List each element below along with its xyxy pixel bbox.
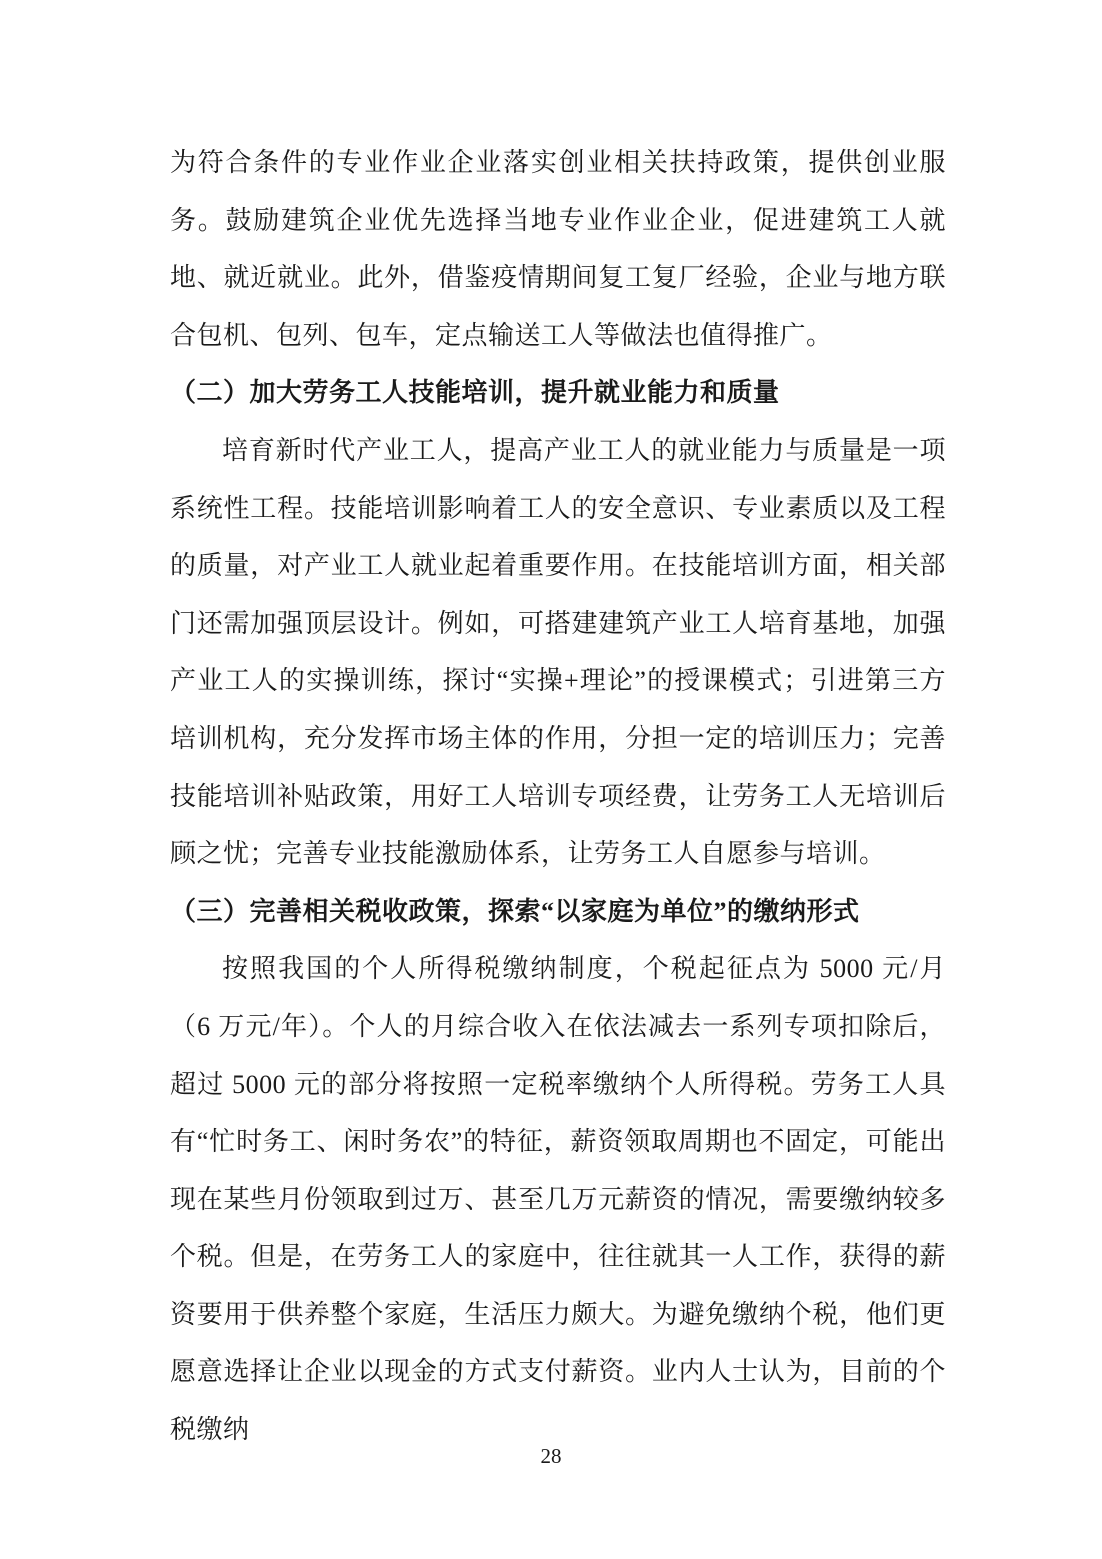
body-paragraph: 培育新时代产业工人，提高产业工人的就业能力与质量是一项系统性工程。技能培训影响着…	[170, 422, 946, 883]
document-page: 为符合条件的专业作业企业落实创业相关扶持政策，提供创业服务。鼓励建筑企业优先选择…	[0, 0, 1102, 1559]
page-number: 28	[0, 1442, 1102, 1470]
body-paragraph: 按照我国的个人所得税缴纳制度，个税起征点为 5000 元/月（6 万元/年）。个…	[170, 940, 946, 1458]
document-body: 为符合条件的专业作业企业落实创业相关扶持政策，提供创业服务。鼓励建筑企业优先选择…	[170, 134, 946, 1459]
section-heading: （二）加大劳务工人技能培训，提升就业能力和质量	[170, 364, 946, 422]
section-heading: （三）完善相关税收政策，探索“以家庭为单位”的缴纳形式	[170, 883, 946, 941]
body-paragraph: 为符合条件的专业作业企业落实创业相关扶持政策，提供创业服务。鼓励建筑企业优先选择…	[170, 134, 946, 364]
